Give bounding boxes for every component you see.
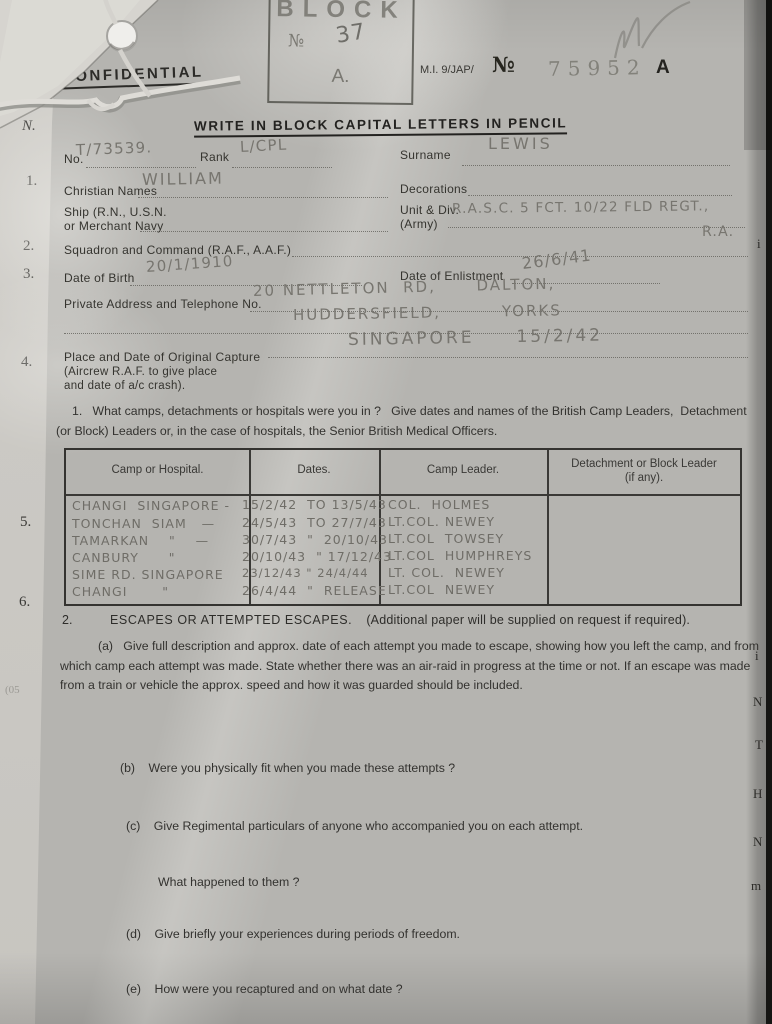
camp-name: CHANGI SINGAPORE -	[72, 498, 230, 513]
section-2-title: ESCAPES OR ATTEMPTED ESCAPES.	[110, 613, 352, 627]
item-a-key: (a)	[98, 639, 113, 653]
margin-number-6: 6.	[19, 594, 30, 611]
christian-names-value: WILLIAM	[142, 169, 224, 189]
camp-leader: LT.COL NEWEY	[388, 582, 495, 597]
item-a: (a) Give full description and approx. da…	[60, 637, 760, 696]
item-c-text: Give Regimental particulars of anyone wh…	[154, 819, 583, 833]
ref-no-label: №	[492, 52, 515, 77]
camps-table-header-leader: Camp Leader.	[379, 463, 547, 477]
item-c-key: (c)	[126, 819, 140, 833]
margin-number-2: 2.	[23, 238, 34, 255]
item-c-followup: What happened to them ?	[158, 875, 300, 889]
right-edge-top-shade	[744, 0, 772, 150]
punch-hole-shadow	[110, 42, 134, 49]
unit-div-value-continued: R.A.	[702, 224, 734, 240]
item-d: (d) Give briefly your experiences during…	[126, 927, 460, 941]
edge-letter: T	[755, 737, 763, 753]
confidential-stamp: CONFIDENTIAL	[62, 64, 204, 90]
unit-div-value: R.A.S.C. 5 FCT. 10/22 FLD REGT.,	[452, 198, 709, 217]
question-1-line1: 1. What camps, detachments or hospitals …	[56, 402, 756, 422]
section-2-note: (Additional paper will be supplied on re…	[366, 613, 690, 627]
camp-leader: LT.COL. NEWEY	[388, 514, 495, 529]
camp-dates: 30/7/43 " 20/10/43	[242, 532, 388, 547]
section-2-number: 2.	[62, 613, 72, 627]
ref-prefix: M.I. 9/JAP/	[420, 64, 474, 76]
unit-div-label-line2: (Army)	[400, 217, 438, 231]
camp-name: TAMARKAN " —	[72, 533, 209, 548]
item-e: (e) How were you recaptured and on what …	[126, 982, 403, 996]
address-value-line2: HUDDERSFIELD, YORKS	[293, 301, 562, 324]
camp-name: CHANGI "	[72, 584, 169, 599]
ship-label-line1: Ship (R.N., U.S.N.	[64, 205, 167, 219]
camp-leader: LT.COL HUMPHREYS	[388, 548, 532, 563]
camp-dates: 15/2/42 TO 13/5/43	[242, 497, 387, 512]
camp-dates: 20/10/43 " 17/12/43	[242, 549, 392, 564]
camps-table: Camp or Hospital. Dates. Camp Leader. De…	[64, 448, 742, 606]
twine-knot	[88, 100, 114, 109]
camp-leader: LT.COL TOWSEY	[388, 531, 504, 546]
capture-note-line1: (Aircrew R.A.F. to give place	[64, 366, 217, 378]
twine-strand-up	[104, 0, 116, 24]
camps-table-header-camp: Camp or Hospital.	[66, 463, 249, 477]
item-e-text: How were you recaptured and on what date…	[154, 982, 402, 996]
camp-leader: LT. COL. NEWEY	[388, 565, 505, 580]
date-of-birth-label: Date of Birth	[64, 271, 135, 285]
margin-number-1: 1.	[26, 173, 37, 190]
camp-name: SIME RD. SINGAPORE	[72, 567, 224, 582]
surname-label: Surname	[400, 148, 451, 162]
document-page: i i N T H N m N. 1. 2. 3. 4. 5. 6. (05 C…	[0, 0, 772, 1024]
capture-note-line2: and date of a/c crash).	[64, 380, 185, 392]
ref-number-stamp: 75952	[548, 55, 647, 81]
ref-series-letter: A	[656, 57, 670, 79]
date-of-enlistment-value: 26/6/41	[521, 246, 593, 273]
edge-letter: H	[753, 786, 762, 802]
stamp-section-letter: A.	[269, 65, 411, 89]
unit-div-label-line1: Unit & Div.	[400, 203, 459, 217]
question-1-line2: (or Block) Leaders or, in the case of ho…	[56, 422, 756, 442]
block-number-stamp-box: BLOCK № 37 A.	[267, 0, 415, 105]
surname-value: LEWIS	[488, 134, 553, 153]
item-c: (c) Give Regimental particulars of anyon…	[126, 819, 583, 833]
item-b-key: (b)	[120, 761, 135, 775]
edge-letter: N	[753, 694, 762, 710]
capture-label: Place and Date of Original Capture	[64, 350, 260, 364]
camp-dates: 23/12/43 " 24/4/44	[242, 566, 369, 580]
camps-table-header-dates: Dates.	[249, 463, 379, 477]
margin-number-5: 5.	[20, 514, 31, 531]
rank-label: Rank	[200, 150, 229, 164]
stamp-block-word: BLOCK	[270, 0, 412, 25]
item-a-text: Give full description and approx. date o…	[60, 639, 759, 692]
punch-hole	[107, 21, 137, 51]
margin-number-n: N.	[22, 118, 36, 135]
camp-leader: COL. HOLMES	[388, 497, 490, 512]
stamp-no-label: №	[288, 31, 304, 51]
ship-label-line2: or Merchant Navy	[64, 219, 164, 233]
margin-faint-mark: (05	[5, 684, 20, 696]
margin-number-3: 3.	[23, 266, 34, 283]
decorations-label: Decorations	[400, 182, 467, 196]
item-b: (b) Were you physically fit when you mad…	[120, 761, 455, 775]
rank-value: L/CPL	[240, 136, 288, 156]
no-value: T/73539.	[76, 138, 153, 159]
section-2-heading: ESCAPES OR ATTEMPTED ESCAPES. (Additiona…	[110, 613, 690, 627]
stamp-block-number-handwritten: 37	[334, 19, 368, 49]
address-label: Private Address and Telephone No.	[64, 297, 262, 311]
camp-name: CANBURY "	[72, 550, 175, 565]
address-value-line1: 20 NETTLETON RD, DALTON,	[253, 275, 556, 300]
camps-table-header-detachment: Detachment or Block Leader (if any).	[569, 457, 719, 485]
camp-dates: 26/4/44 " RELEASE	[242, 583, 387, 598]
item-c-followup-text: What happened to them ?	[158, 875, 300, 889]
edge-letter: i	[757, 236, 761, 252]
edge-letter: N	[753, 834, 762, 850]
edge-letter: m	[751, 878, 761, 894]
item-e-key: (e)	[126, 982, 141, 996]
item-d-text: Give briefly your experiences during per…	[154, 927, 460, 941]
question-1-text: 1. What camps, detachments or hospitals …	[56, 402, 756, 441]
right-edge-gap	[766, 0, 772, 1024]
camp-dates: 24/5/43 TO 27/7/43	[242, 515, 387, 530]
left-torn-page-edge	[0, 0, 60, 1024]
item-b-text: Were you physically fit when you made th…	[148, 761, 455, 775]
capture-value: SINGAPORE 15/2/42	[348, 326, 603, 350]
item-d-key: (d)	[126, 927, 141, 941]
margin-number-4: 4.	[21, 354, 32, 371]
camp-name: TONCHAN SIAM —	[72, 516, 215, 531]
